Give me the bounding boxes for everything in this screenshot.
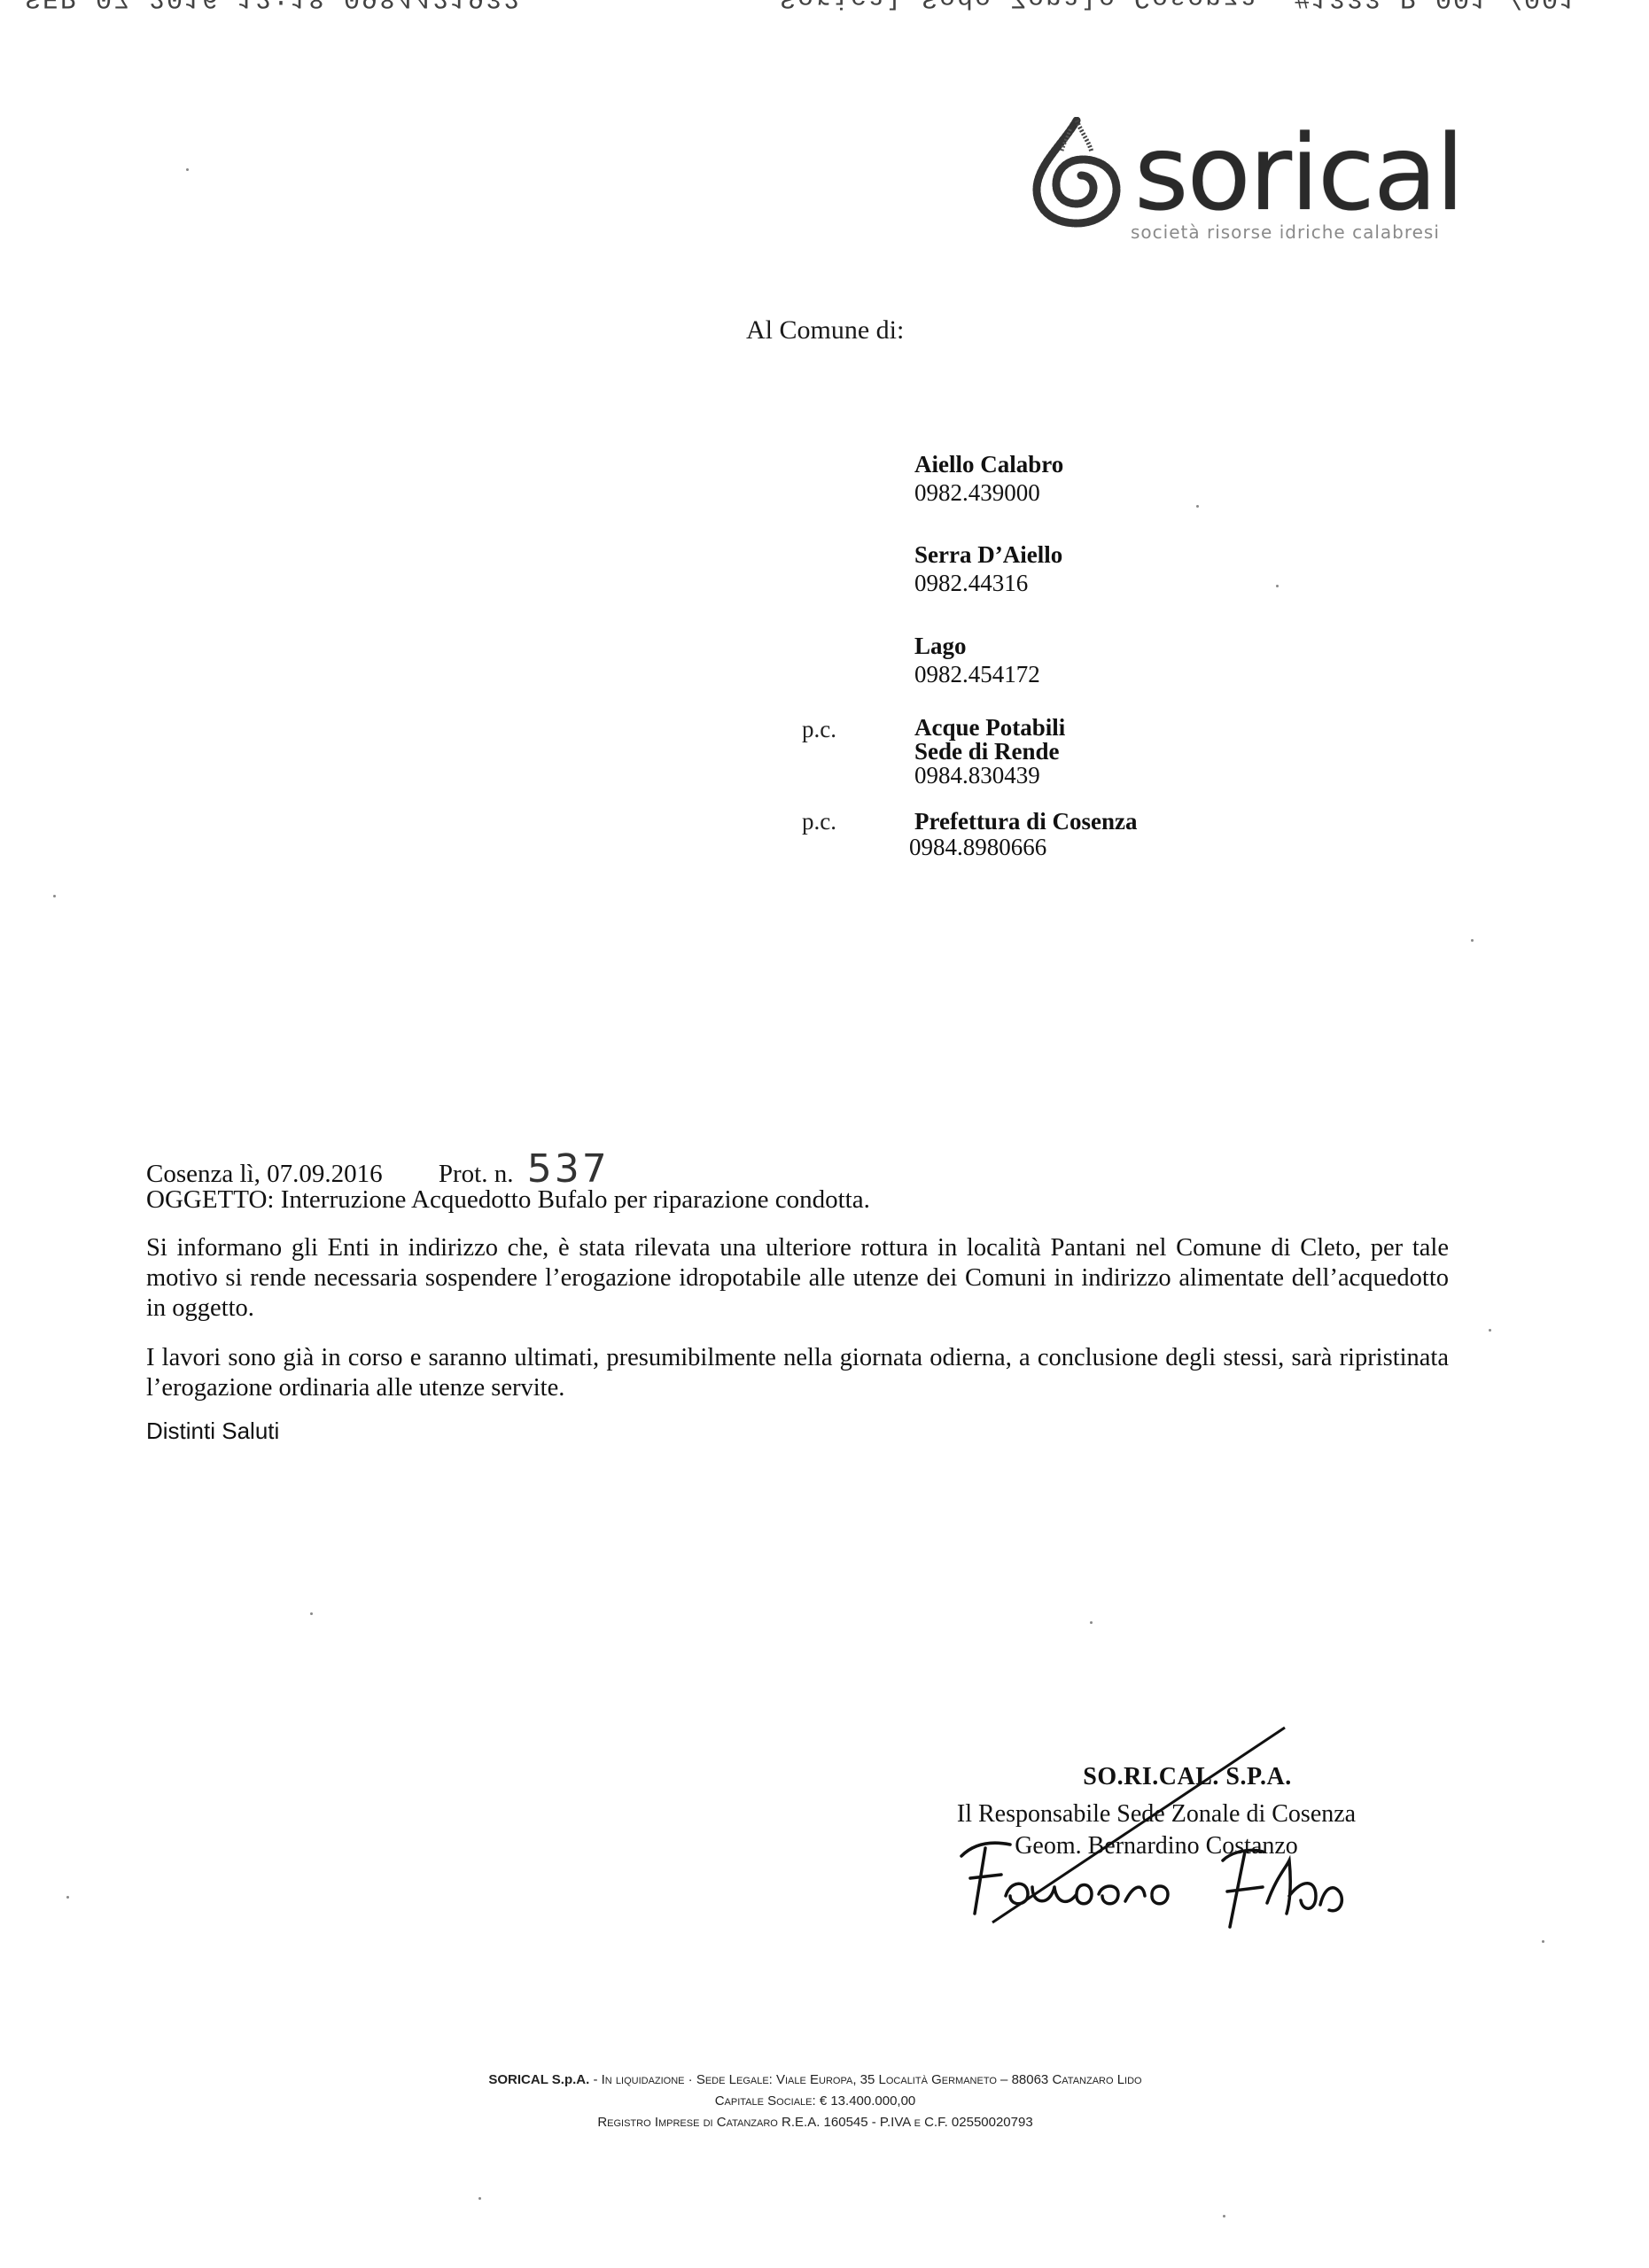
sorical-logo: sorical società risorse idriche calabres…: [1028, 117, 1453, 250]
logo-wordmark: sorical: [1134, 124, 1463, 221]
recipient-aiello-calabro: Aiello Calabro 0982.439000: [914, 450, 1063, 507]
recipient-phone: 0982.44316: [914, 569, 1062, 597]
protocol-label: Prot. n.: [439, 1160, 514, 1188]
signature-role: Il Responsabile Sede Zonale di Cosenza: [891, 1800, 1422, 1829]
footer-registration: Registro Imprese di Catanzaro R.E.A. 160…: [416, 2112, 1214, 2133]
footer-legal-address: - In liquidazione · Sede Legale: Viale E…: [589, 2072, 1141, 2087]
recipient-name: Aiello Calabro: [914, 450, 1063, 478]
signature-block: SO.RI.CAL. S.P.A. Il Responsabile Sede Z…: [891, 1763, 1422, 1860]
scan-speck: [1471, 939, 1474, 942]
scan-speck: [1542, 1940, 1544, 1943]
recipient-lago: Lago 0982.454172: [914, 632, 1040, 688]
cc-name-line: Acque Potabili: [914, 716, 1065, 740]
cc-label: p.c.: [802, 716, 836, 743]
scan-speck: [186, 168, 189, 171]
footer-line-1: SORICAL S.p.A. - In liquidazione · Sede …: [416, 2070, 1214, 2091]
letterhead-footer: SORICAL S.p.A. - In liquidazione · Sede …: [416, 2070, 1214, 2133]
recipient-phone: 0982.439000: [914, 478, 1063, 507]
subject-line: OGGETTO: Interruzione Acquedotto Bufalo …: [146, 1185, 870, 1215]
cc-prefettura: Prefettura di Cosenza 0984.8980666: [914, 808, 1137, 859]
cc-phone: 0984.830439: [914, 764, 1065, 788]
footer-share-capital: Capitale Sociale: € 13.400.000,00: [416, 2091, 1214, 2112]
fax-page-count: #1333 P.001 /001: [1294, 0, 1577, 12]
signature-name: Geom. Bernardino Costanzo: [891, 1832, 1422, 1860]
scan-speck: [310, 1612, 313, 1615]
closing-salutation: Distinti Saluti: [146, 1417, 279, 1445]
cc-label: p.c.: [802, 808, 836, 835]
scan-speck: [1223, 2215, 1225, 2218]
water-drop-spiral-icon: [1028, 117, 1125, 228]
fax-sender: Sorical Sede Zonale Cosenza: [780, 0, 1258, 12]
scan-speck: [1276, 585, 1279, 587]
recipient-name: Lago: [914, 632, 1040, 660]
fax-header: SEP.07.2016 12:18 0984421932 Sorical Sed…: [0, 0, 1649, 25]
scan-speck: [478, 2197, 481, 2200]
place-date: Cosenza lì, 07.09.2016: [146, 1160, 383, 1188]
recipient-name: Serra D’Aiello: [914, 540, 1062, 569]
cc-acque-potabili: Acque Potabili Sede di Rende 0984.830439: [914, 716, 1065, 788]
scan-speck: [66, 1896, 69, 1899]
scan-speck: [1090, 1621, 1093, 1624]
scan-speck: [53, 895, 56, 897]
fax-timestamp: SEP.07.2016 12:18 0984421932: [25, 0, 521, 12]
addressee-label: Al Comune di:: [746, 315, 904, 346]
footer-company: SORICAL S.p.A.: [488, 2072, 589, 2087]
scan-speck: [1489, 1329, 1491, 1332]
cc-phone: 0984.8980666: [909, 835, 1137, 859]
scan-speck: [1196, 505, 1199, 508]
recipient-phone: 0982.454172: [914, 660, 1040, 688]
cc-name-line: Sede di Rende: [914, 740, 1065, 764]
signature-company: SO.RI.CAL. S.P.A.: [953, 1763, 1422, 1791]
body-paragraph-2: I lavori sono già in corso e saranno ult…: [146, 1343, 1449, 1403]
recipient-serra-daiello: Serra D’Aiello 0982.44316: [914, 540, 1062, 597]
cc-name-line: Prefettura di Cosenza: [914, 808, 1137, 835]
body-paragraph-1: Si informano gli Enti in indirizzo che, …: [146, 1233, 1449, 1324]
logo-tagline: società risorse idriche calabresi: [1131, 221, 1440, 243]
